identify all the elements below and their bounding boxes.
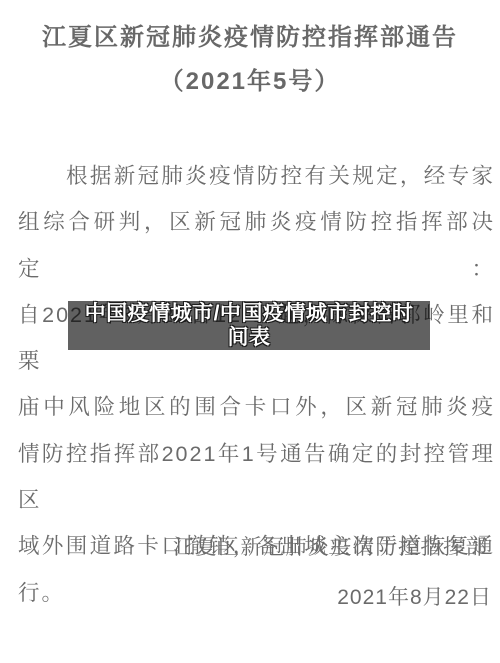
- signature: 江夏区新冠肺炎疫情防控指挥部: [173, 537, 488, 559]
- body-line: 庙中风险地区的围合卡口外，区新冠肺炎疫: [18, 384, 495, 430]
- body-line: 情防控指挥部2021年1号通告确定的封控管理区: [18, 431, 495, 524]
- watermark-overlay: 中国疫情城市/中国疫情城市封控时 间表: [68, 301, 430, 350]
- body-line: 根据新冠肺炎疫情防控有关规定，经专家: [18, 153, 495, 199]
- notice-title-line1: 江夏区新冠肺炎疫情防控指挥部通告: [0, 16, 500, 60]
- notice-title-line2: （2021年5号）: [0, 60, 500, 104]
- watermark-text-line2: 间表: [68, 326, 430, 350]
- watermark-text-line1: 中国疫情城市/中国疫情城市封控时: [68, 302, 430, 326]
- notice-title: 江夏区新冠肺炎疫情防控指挥部通告 （2021年5号）: [0, 16, 500, 104]
- notice-page: 江夏区新冠肺炎疫情防控指挥部通告 （2021年5号） 根据新冠肺炎疫情防控有关规…: [0, 0, 500, 663]
- body-line: 组综合研判，区新冠肺炎疫情防控指挥部决定：: [18, 199, 495, 292]
- date: 2021年8月22日: [337, 587, 492, 609]
